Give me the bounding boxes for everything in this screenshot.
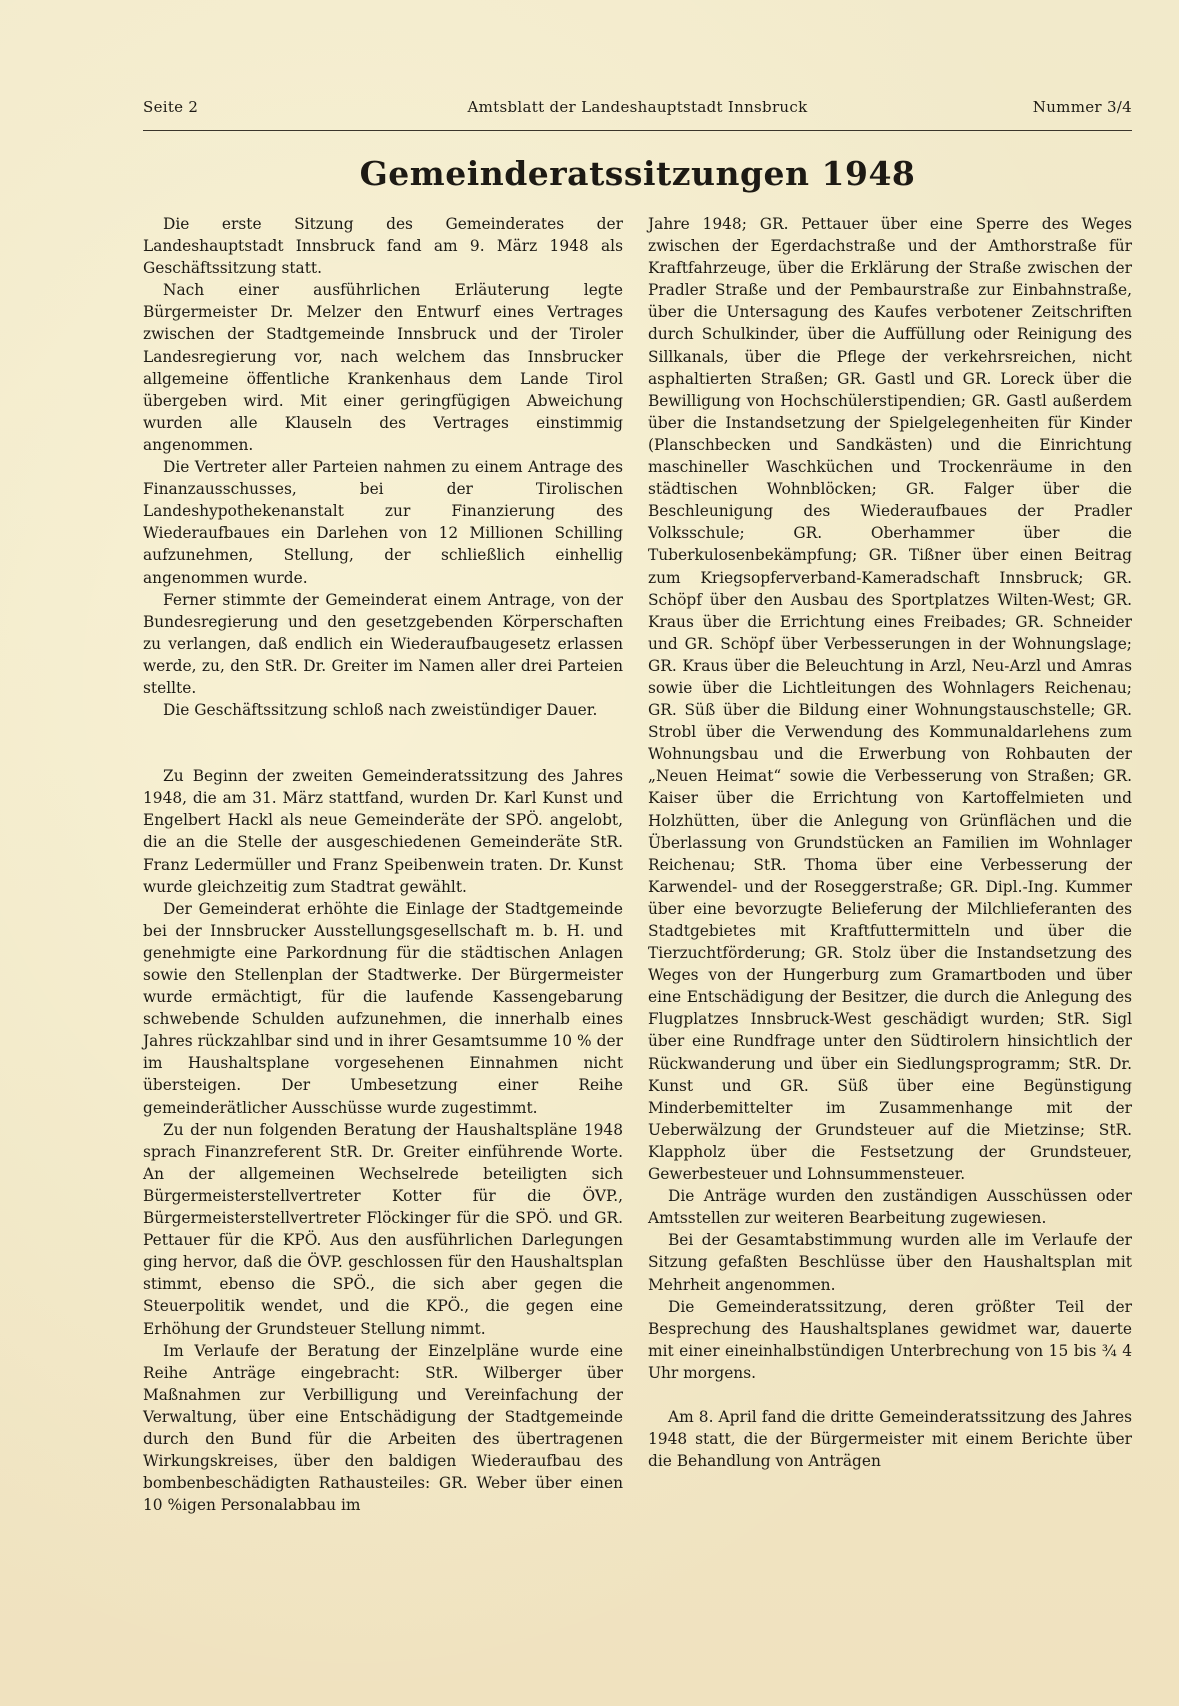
page-header: Seite 2 Amtsblatt der Landeshauptstadt I… [143,98,1132,122]
article-title: Gemeinderatssitzungen 1948 [143,154,1132,193]
issue-number: Nummer 3/4 [1033,98,1132,116]
paragraph-first-session: Die erste Sitzung des Gemeinderates der … [143,213,623,279]
paragraph-reconstruction-law: Ferner stimmte der Gemeinderat einem Ant… [143,589,623,699]
header-divider [143,130,1132,131]
paragraph-council-decisions: Der Gemeinderat erhöhte die Einlage der … [143,898,623,1119]
paragraph-hospital-contract: Nach einer ausführlichen Erläuterung leg… [143,279,623,456]
paragraph-session-end: Die Geschäftssitzung schloß nach zweistü… [143,699,623,721]
paragraph-session-duration: Die Gemeinderatssitzung, deren größter T… [648,1296,1132,1384]
section-spacer [143,721,623,765]
publication-name: Amtsblatt der Landeshauptstadt Innsbruck [143,98,1132,116]
paragraph-motions: Im Verlaufe der Beratung der Einzelpläne… [143,1340,623,1517]
paragraph-motions-assigned: Die Anträge wurden den zuständigen Aussc… [648,1185,1132,1229]
paragraph-loan: Die Vertreter aller Parteien nahmen zu e… [143,456,623,589]
paragraph-final-vote: Bei der Gesamtabstimmung wurden alle im … [648,1229,1132,1295]
section-spacer [648,1384,1132,1406]
right-column: Jahre 1948; GR. Pettauer über eine Sperr… [648,213,1132,1472]
paragraph-third-session: Am 8. April fand die dritte Gemeinderats… [648,1406,1132,1472]
paragraph-second-session: Zu Beginn der zweiten Gemeinderatssitzun… [143,765,623,898]
paragraph-budget-debate: Zu der nun folgenden Beratung der Hausha… [143,1119,623,1340]
paragraph-motions-continued: Jahre 1948; GR. Pettauer über eine Sperr… [648,213,1132,1185]
left-column: Die erste Sitzung des Gemeinderates der … [143,213,623,1516]
